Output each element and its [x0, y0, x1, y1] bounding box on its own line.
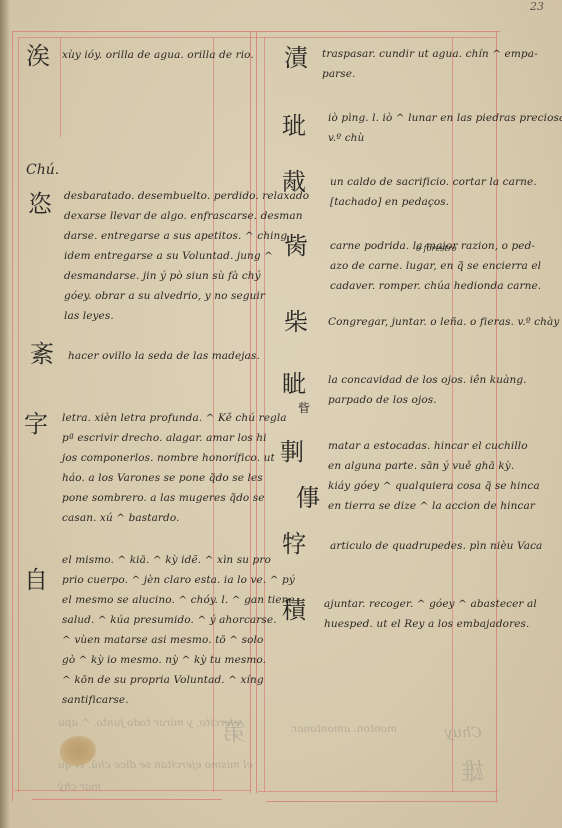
entry-line: cadaver. romper. chúa hedionda carne. [330, 276, 541, 296]
frame-bottom-outer-left [32, 799, 222, 800]
entry-definition: ajuntar. recoger. ^ góey ^ abastecer al … [324, 594, 537, 634]
entry-glyph: 自 [24, 568, 48, 592]
entry-glyph: 剚 [280, 440, 304, 464]
entry-line: desbaratado. desembuelto. perdido. relax… [64, 186, 309, 206]
entry-line: dexarse llevar de algo. enfrascarse. des… [64, 206, 309, 226]
entry-sub-glyph: 倳 [296, 486, 320, 510]
manuscript-page: 23 monton. amontonar. Chuy 雄 第 ejercito,… [0, 0, 562, 828]
entry-glyph: 胾 [282, 170, 306, 194]
entry-line: pone sombrero. a las mugeres q̃do se [62, 488, 287, 508]
entry-glyph: 牸 [282, 532, 306, 556]
entry-glyph: 字 [24, 412, 48, 436]
entry-definition: desbaratado. desembuelto. perdido. relax… [64, 186, 309, 326]
entry-glyph: 積 [282, 598, 306, 622]
entry-glyph: 胔 [284, 234, 308, 258]
interlinear-note: o forestro [416, 244, 457, 254]
entry-line: el mismo. ^ kiā. ^ kỳ idẽ. ^ xìn su pro [62, 550, 295, 570]
entry-line: un caldo de sacrificio. cortar la carne. [330, 172, 537, 192]
entry-line: ajuntar. recoger. ^ góey ^ abastecer al [324, 594, 537, 614]
entry-line: traspasar. cundir ut agua. chín ^ empa- [322, 44, 538, 64]
frame-right-column-right [452, 37, 453, 792]
bleed-through-margin-label: Chuy [445, 724, 482, 742]
entry-definition: matar a estocadas. hincar el cuchillo en… [328, 436, 540, 516]
frame-left-gloss-line [60, 37, 61, 137]
frame-top-inner [18, 37, 496, 38]
frame-bottom-inner-right [258, 791, 498, 792]
entry-glyph: 眦 [282, 372, 306, 396]
entry-line: la concavidad de los ojos. iên kuàng. [328, 370, 527, 390]
entry-line: v.º chù [328, 128, 562, 148]
entry-line: ^ vùen matarse asi mesmo. tō ^ solo [62, 630, 295, 650]
entry-line: salud. ^ kúa presumido. ^ ý ahorcarse. [62, 610, 295, 630]
bleed-through-glyph: 雄 [461, 752, 485, 787]
frame-left-outer [12, 31, 13, 801]
entry-definition: iò pìng. l. iò ^ lunar en las piedras pr… [328, 108, 562, 148]
entry-line: góey. obrar a su alvedrio, y no seguir [64, 286, 309, 306]
entry-line: santificarse. [62, 690, 295, 710]
entry-line: pª escrivir drecho. alagar. amar los hi [62, 428, 287, 448]
entry-glyph: 涘 [26, 44, 50, 68]
entry-glyph: 紊 [30, 342, 54, 366]
entry-glyph: 漬 [284, 46, 308, 70]
entry-line: Congregar, juntar. o leña. o fieras. v.º… [328, 312, 559, 332]
entry-line: azo de carne. lugar, en q̃ se encierra e… [330, 256, 541, 276]
entry-line: huesped. ut el Rey a los embajadores. [324, 614, 537, 634]
entry-line: iò pìng. l. iò ^ lunar en las piedras pr… [328, 108, 562, 128]
frame-left-inner [18, 37, 19, 792]
page-number: 23 [530, 0, 544, 13]
entry-definition: xùy ióy. orilla de agua. orilla de rio. [62, 45, 254, 65]
entry-line: kiáy góey ^ qualquiera cosa q̃ se hinca [328, 476, 540, 496]
entry-line: casan. xú ^ bastardo. [62, 508, 287, 528]
entry-line: las leyes. [64, 306, 309, 326]
margin-label: Chú. [26, 162, 59, 178]
frame-bottom-outer-right [266, 801, 498, 802]
entry-definition: un caldo de sacrificio. cortar la carne.… [330, 172, 537, 212]
entry-definition: la concavidad de los ojos. iên kuàng. pa… [328, 370, 527, 410]
entry-definition: letra. xièn letra profunda. ^ Kě chú reg… [62, 408, 287, 528]
entry-line: darse. entregarse a sus apetitos. ^ chin… [64, 226, 309, 246]
entry-line: desmandarse. jin ý pò siun sù fà chý [64, 266, 309, 286]
bleed-through-right-line: monton. amontonar. [290, 720, 397, 738]
entry-line: idem entregarse a su Voluntad. jung ^ [64, 246, 309, 266]
entry-line: en tierra se dize ^ la accion de hincar [328, 496, 540, 516]
entry-line: jos componerlos. nombre honorífico. ut [62, 448, 287, 468]
entry-sub-glyph: 眥 [298, 402, 310, 414]
entry-line: articulo de quadrupedes. pìn nièu Vaca [330, 536, 542, 556]
entry-line: el mesmo se alucino. ^ chóy. l. ^ gan ti… [62, 590, 295, 610]
entry-line: háo. a los Varones se pone q̃do se les [62, 468, 287, 488]
entry-definition: traspasar. cundir ut agua. chín ^ empa- … [322, 44, 538, 84]
entry-line: parse. [322, 64, 538, 84]
entry-definition: el mismo. ^ kiā. ^ kỳ idẽ. ^ xìn su pro … [62, 550, 295, 710]
entry-line: en alguna parte. sān ý vuě ghā kỳ. [328, 456, 540, 476]
entry-line: parpado de los ojos. [328, 390, 527, 410]
entry-definition: hacer ovillo la seda de las madejas. [68, 346, 260, 366]
entry-definition: Congregar, juntar. o leña. o fieras. v.º… [328, 312, 559, 332]
bleed-through-left-line-1: ejercito, y mirar todo junto. ^ apu [58, 714, 240, 732]
entry-glyph: 恣 [28, 192, 52, 216]
entry-line: ^ kōn de su propria Voluntad. ^ xíng [62, 670, 295, 690]
entry-line: gò ^ kỳ io mesmo. nỳ ^ kỳ tu mesmo. [62, 650, 295, 670]
entry-glyph: 玼 [282, 114, 306, 138]
frame-bottom-inner-left [14, 790, 250, 791]
book-gutter-shadow [0, 0, 10, 828]
entry-line: letra. xièn letra profunda. ^ Kě chú reg… [62, 408, 287, 428]
entry-glyph: 柴 [284, 310, 308, 334]
entry-line: matar a estocadas. hincar el cuchillo [328, 436, 540, 456]
entry-line: hacer ovillo la seda de las madejas. [68, 346, 260, 366]
entry-line: [tachado] en pedaços. [330, 192, 537, 212]
entry-line: prio cuerpo. ^ jèn claro esta. ia lo ve.… [62, 570, 295, 590]
bleed-through-left-line-3: mar chý [58, 778, 101, 796]
entry-line: xùy ióy. orilla de agua. orilla de rio. [62, 45, 254, 65]
entry-definition: articulo de quadrupedes. pìn nièu Vaca [330, 536, 542, 556]
